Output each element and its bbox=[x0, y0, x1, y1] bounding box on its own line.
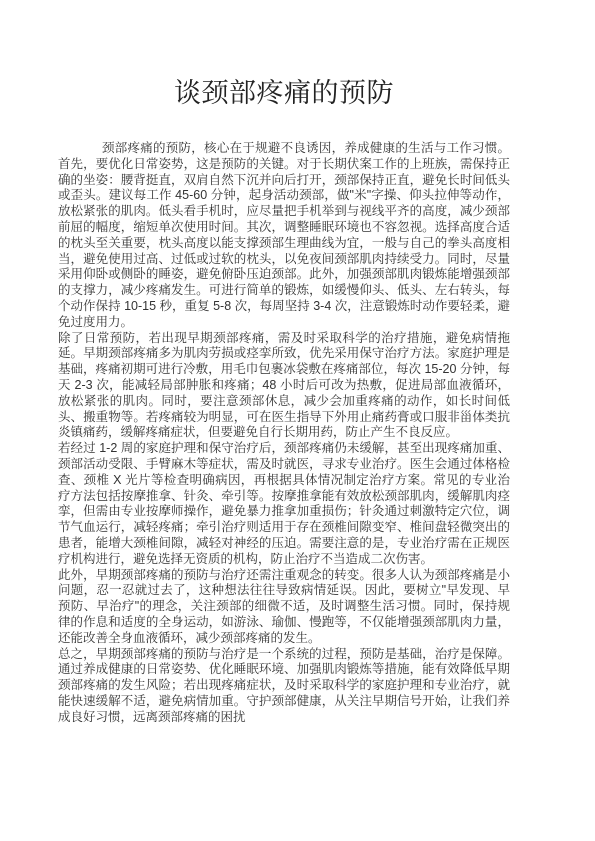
paragraph-prevention-overview: 颈部疼痛的预防，核心在于规避不良诱因，养成健康的生活与工作习惯。首先，要优化日常… bbox=[58, 141, 510, 331]
paragraph-conclusion: 总之，早期颈部疼痛的预防与治疗是一个系统的过程，预防是基础，治疗是保障。通过养成… bbox=[58, 647, 510, 726]
document-page: 谈颈部疼痛的预防 颈部疼痛的预防，核心在于规避不良诱因，养成健康的生活与工作习惯… bbox=[0, 0, 595, 841]
paragraph-mindset-change: 此外，早期颈部疼痛的预防与治疗还需注重观念的转变。很多人认为颈部疼痛是小问题，忍… bbox=[58, 568, 510, 647]
document-body: 颈部疼痛的预防，核心在于规避不良诱因，养成健康的生活与工作习惯。首先，要优化日常… bbox=[58, 141, 510, 725]
document-title: 谈颈部疼痛的预防 bbox=[58, 0, 510, 110]
paragraph-early-treatment: 除了日常预防，若出现早期颈部疼痛，需及时采取科学的治疗措施，避免病情拖延。早期颈… bbox=[58, 331, 510, 442]
paragraph-professional-treatment: 若经过 1-2 周的家庭护理和保守治疗后，颈部疼痛仍未缓解，甚至出现疼痛加重、颈… bbox=[58, 441, 510, 567]
